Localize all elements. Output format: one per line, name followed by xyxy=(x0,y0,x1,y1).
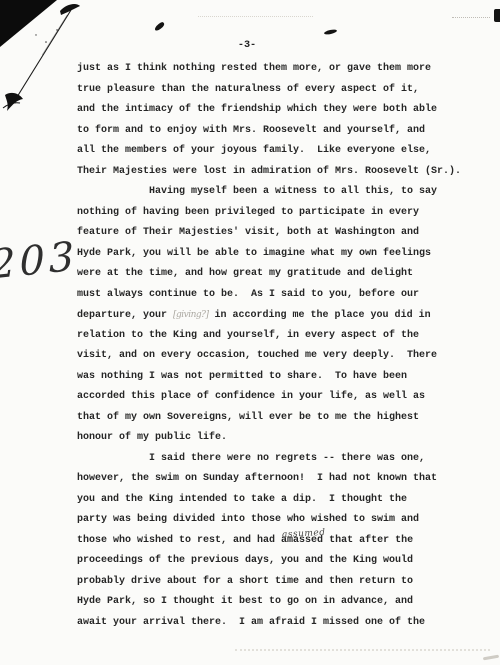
letter-line: were at the time, and how great my grati… xyxy=(77,264,457,285)
letter-line: must always continue to be. As I said to… xyxy=(77,285,457,306)
edge-smudge xyxy=(452,17,490,18)
letter-line: however, the swim on Sunday afternoon! I… xyxy=(77,469,457,490)
handwritten-correction: assumed xyxy=(282,522,327,545)
letter-line: probably drive about for a short time an… xyxy=(77,572,457,593)
letter-line: true pleasure than the naturalness of ev… xyxy=(77,80,457,101)
letter-line: and the intimacy of the friendship which… xyxy=(77,100,457,121)
letter-line: to form and to enjoy with Mrs. Roosevelt… xyxy=(77,121,457,142)
letter-body: just as I think nothing rested them more… xyxy=(77,59,457,633)
margin-note-203: 203 xyxy=(0,233,79,288)
faint-smudge-line xyxy=(198,16,313,17)
letter-text: in according me the place you did in xyxy=(209,310,431,321)
letter-line: I said there were no regrets -- there wa… xyxy=(77,449,457,470)
letter-line: just as I think nothing rested them more… xyxy=(77,59,457,80)
letter-text: those who wished to rest, and had xyxy=(77,535,281,546)
edge-ink-mark xyxy=(494,9,500,22)
letter-line: Hyde Park, so I thought it best to go on… xyxy=(77,592,457,613)
letter-line: relation to the King and yourself, in ev… xyxy=(77,326,457,347)
letter-text: departure, your xyxy=(77,310,173,321)
page-number: -3- xyxy=(0,40,494,51)
letter-line: Hyde Park, you will be able to imagine w… xyxy=(77,244,457,265)
letter-line: await your arrival there. I am afraid I … xyxy=(77,613,457,634)
faint-pencil-insertion: [giving?] xyxy=(173,310,209,320)
letter-line: accorded this place of confidence in you… xyxy=(77,387,457,408)
letter-line: visit, and on every occasion, touched me… xyxy=(77,346,457,367)
document-page: -3- 203 just as I think nothing rested t… xyxy=(0,0,500,665)
bottom-smudge xyxy=(235,649,490,651)
letter-line: all the members of your joyous family. L… xyxy=(77,141,457,162)
letter-line: was nothing I was not permitted to share… xyxy=(77,367,457,388)
letter-line: proceedings of the previous days, you an… xyxy=(77,551,457,572)
letter-line: departure, your [giving?] in according m… xyxy=(77,305,457,326)
corner-smudge xyxy=(483,655,499,661)
ink-tick-mark xyxy=(154,21,166,32)
letter-line: feature of Their Majesties' visit, both … xyxy=(77,223,457,244)
corrected-word: amassedassumed xyxy=(281,535,323,546)
letter-line: those who wished to rest, and had amasse… xyxy=(77,531,457,552)
letter-line: Having myself been a witness to all this… xyxy=(77,182,457,203)
letter-text: that after the xyxy=(323,535,413,546)
letter-line: that of my own Sovereigns, will ever be … xyxy=(77,408,457,429)
letter-line: you and the King intended to take a dip.… xyxy=(77,490,457,511)
letter-line: party was being divided into those who w… xyxy=(77,510,457,531)
letter-line: Their Majesties were lost in admiration … xyxy=(77,162,457,183)
ink-tick-mark xyxy=(324,29,338,36)
letter-line: nothing of having been privileged to par… xyxy=(77,203,457,224)
letter-line: honour of my public life. xyxy=(77,428,457,449)
